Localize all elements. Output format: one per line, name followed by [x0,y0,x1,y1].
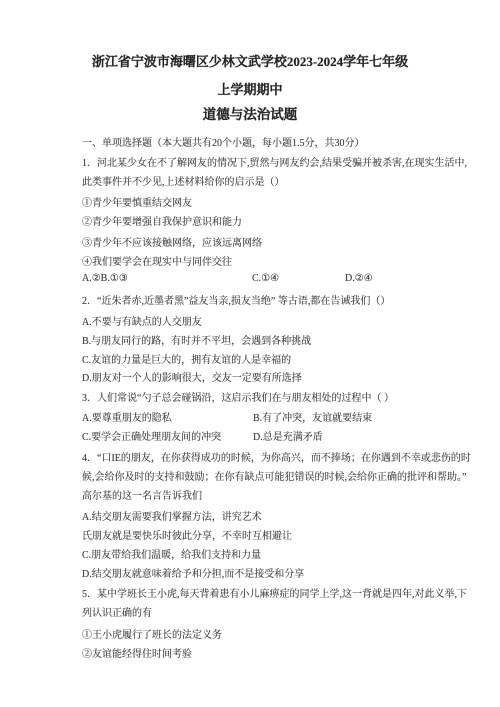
q5-stem-line-1: 5．某中学班长王小虎,每天背着患有小儿麻痹症的同学上学,这一背就是四年,对此义举… [82,588,467,601]
q3-choice-d: D.总是充满矛盾 [253,431,323,444]
q1-choice-c: C.①④ [252,272,279,285]
q5-item-2: ②友谊能经得住时间考验 [82,648,192,661]
exam-title-line-2: 上学期期中 [0,83,500,96]
q2-choice-c: C.友谊的力量是巨大的，拥有友谊的人是幸福的 [82,354,291,367]
q3-choice-b: B.有了冲突，友谊就要结束 [253,412,372,425]
q4-stem-line-3: 高尔基的这一名言告诉我们 [82,490,202,503]
q4-choice-b: 氏朋友就是要快乐时彼此分享，不幸时互相避让 [82,530,292,543]
q2-choice-d: D.朋友对一个人的影响很大，交友一定要有所选择 [82,372,302,385]
q1-choice-ab: A.②B.①③ [82,272,128,285]
q5-stem-line-2: 列认识正确的有 [82,607,152,620]
q4-stem-line-1: 4．“口IE的朋友，在你获得成功的时候，为你高兴，而不捧场；在你遇到不幸或悲伤的… [82,452,471,465]
exam-title-line-3: 道德与法治试题 [0,108,500,121]
exam-document-page: 浙江省宁波市海曙区少林文武学校2023-2024学年七年级上学期期中道德与法治试… [0,0,500,707]
q4-choice-c: C.朋友带给我们温暖，给我们支持和力量 [82,549,261,562]
q2-choice-b: B.与朋友同行的路，有时并不平坦，会遇到各种挑战 [82,335,311,348]
q1-item-4: ④我们要学会在现实中与同伴交往 [82,256,232,269]
q4-choice-a: A.结交朋友需要我们掌握方法，讲究艺术 [82,511,262,524]
q4-stem-line-2: 候,会给你及时的支持和鼓励；在你有缺点可能犯错误的时候,会给你正确的批评和帮助。… [82,471,466,484]
exam-title-line-1: 浙江省宁波市海曙区少林文武学校2023-2024学年七年级 [0,55,500,68]
q1-item-2: ②青少年要增强自我保护意识和能力 [82,216,242,229]
q3-stem: 3．人们常说“勺子总会碰锅沿，这启示我们在与朋友相处的过程中（ ） [82,392,394,405]
q1-item-3: ③青少年不应该接触网络，应该远离网络 [82,237,262,250]
q1-stem-line-2: 此类事件并不少见,上述材料给你的启示是（） [82,176,285,189]
q1-stem-line-1: 1．河北某少女在不了解网友的情况下,贸然与网友约会,结果受骗并被杀害,在现实生活… [82,157,467,170]
q2-stem: 2．“近朱者赤,近墨者黑”益友当亲,损友当绝” 等古语,都在告诫我们（） [82,295,390,308]
q4-choice-d: D.结交朋友就意味着给予和分担,而不是接受和分享 [82,568,304,581]
q5-item-1: ①王小虎履行了班长的法定义务 [82,629,222,642]
q1-item-1: ①青少年要慎重结交网友 [82,197,192,210]
section-header: 一、单项选择题（本大题共有20个小题，每小题1.5分，共30分） [82,137,365,150]
q1-choice-d: D.②④ [345,272,373,285]
q2-choice-a: A.不要与有缺点的人交朋友 [82,316,202,329]
q3-choice-c: C.要学会正确处理朋友间的冲突 [82,431,221,444]
q3-choice-a: A.要尊重朋友的隐私 [82,412,172,425]
